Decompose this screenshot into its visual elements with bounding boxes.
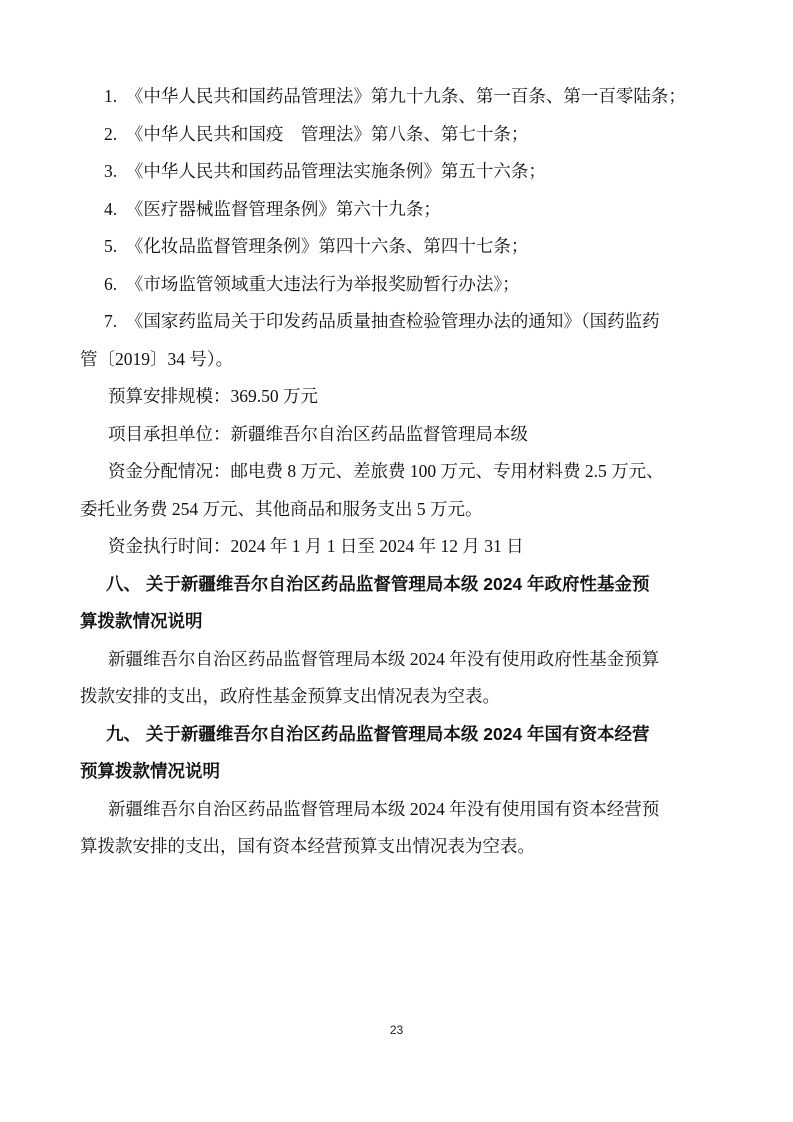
legal-basis-item-1: 1. 《中华人民共和国药品管理法》第九十九条、第一百条、第一百零陆条； bbox=[80, 78, 726, 116]
budget-scale-line: 预算安排规模：369.50 万元 bbox=[80, 378, 726, 416]
fund-allocation-line: 资金分配情况：邮电费 8 万元、差旅费 100 万元、专用材料费 2.5 万元、… bbox=[80, 453, 726, 528]
legal-basis-item-2: 2. 《中华人民共和国疫 管理法》第八条、第七十条； bbox=[80, 116, 726, 154]
undertaker-unit-line: 项目承担单位：新疆维吾尔自治区药品监督管理局本级 bbox=[80, 416, 726, 454]
section-nine-paragraph: 新疆维吾尔自治区药品监督管理局本级 2024 年没有使用国有资本经营预 算拨款安… bbox=[80, 791, 726, 866]
legal-basis-item-3: 3. 《中华人民共和国药品管理法实施条例》第五十六条； bbox=[80, 153, 726, 191]
page-number: 23 bbox=[0, 1022, 793, 1038]
section-nine-heading: 九、 关于新疆维吾尔自治区药品监督管理局本级 2024 年国有资本经营 预算拨款… bbox=[80, 716, 726, 791]
legal-basis-item-5: 5. 《化妆品监督管理条例》第四十六条、第四十七条； bbox=[80, 228, 726, 266]
document-page: 1. 《中华人民共和国药品管理法》第九十九条、第一百条、第一百零陆条； 2. 《… bbox=[0, 0, 793, 1122]
document-content: 1. 《中华人民共和国药品管理法》第九十九条、第一百条、第一百零陆条； 2. 《… bbox=[80, 78, 726, 866]
legal-basis-item-4: 4. 《医疗器械监督管理条例》第六十九条； bbox=[80, 191, 726, 229]
section-eight-paragraph: 新疆维吾尔自治区药品监督管理局本级 2024 年没有使用政府性基金预算 拨款安排… bbox=[80, 641, 726, 716]
legal-basis-item-7: 7. 《国家药监局关于印发药品质量抽查检验管理办法的通知》（国药监药 管〔201… bbox=[80, 303, 726, 378]
execution-period-line: 资金执行时间：2024 年 1 月 1 日至 2024 年 12 月 31 日 bbox=[80, 528, 726, 566]
section-eight-heading: 八、 关于新疆维吾尔自治区药品监督管理局本级 2024 年政府性基金预 算拨款情… bbox=[80, 566, 726, 641]
legal-basis-item-6: 6. 《市场监管领域重大违法行为举报奖励暂行办法》； bbox=[80, 266, 726, 304]
